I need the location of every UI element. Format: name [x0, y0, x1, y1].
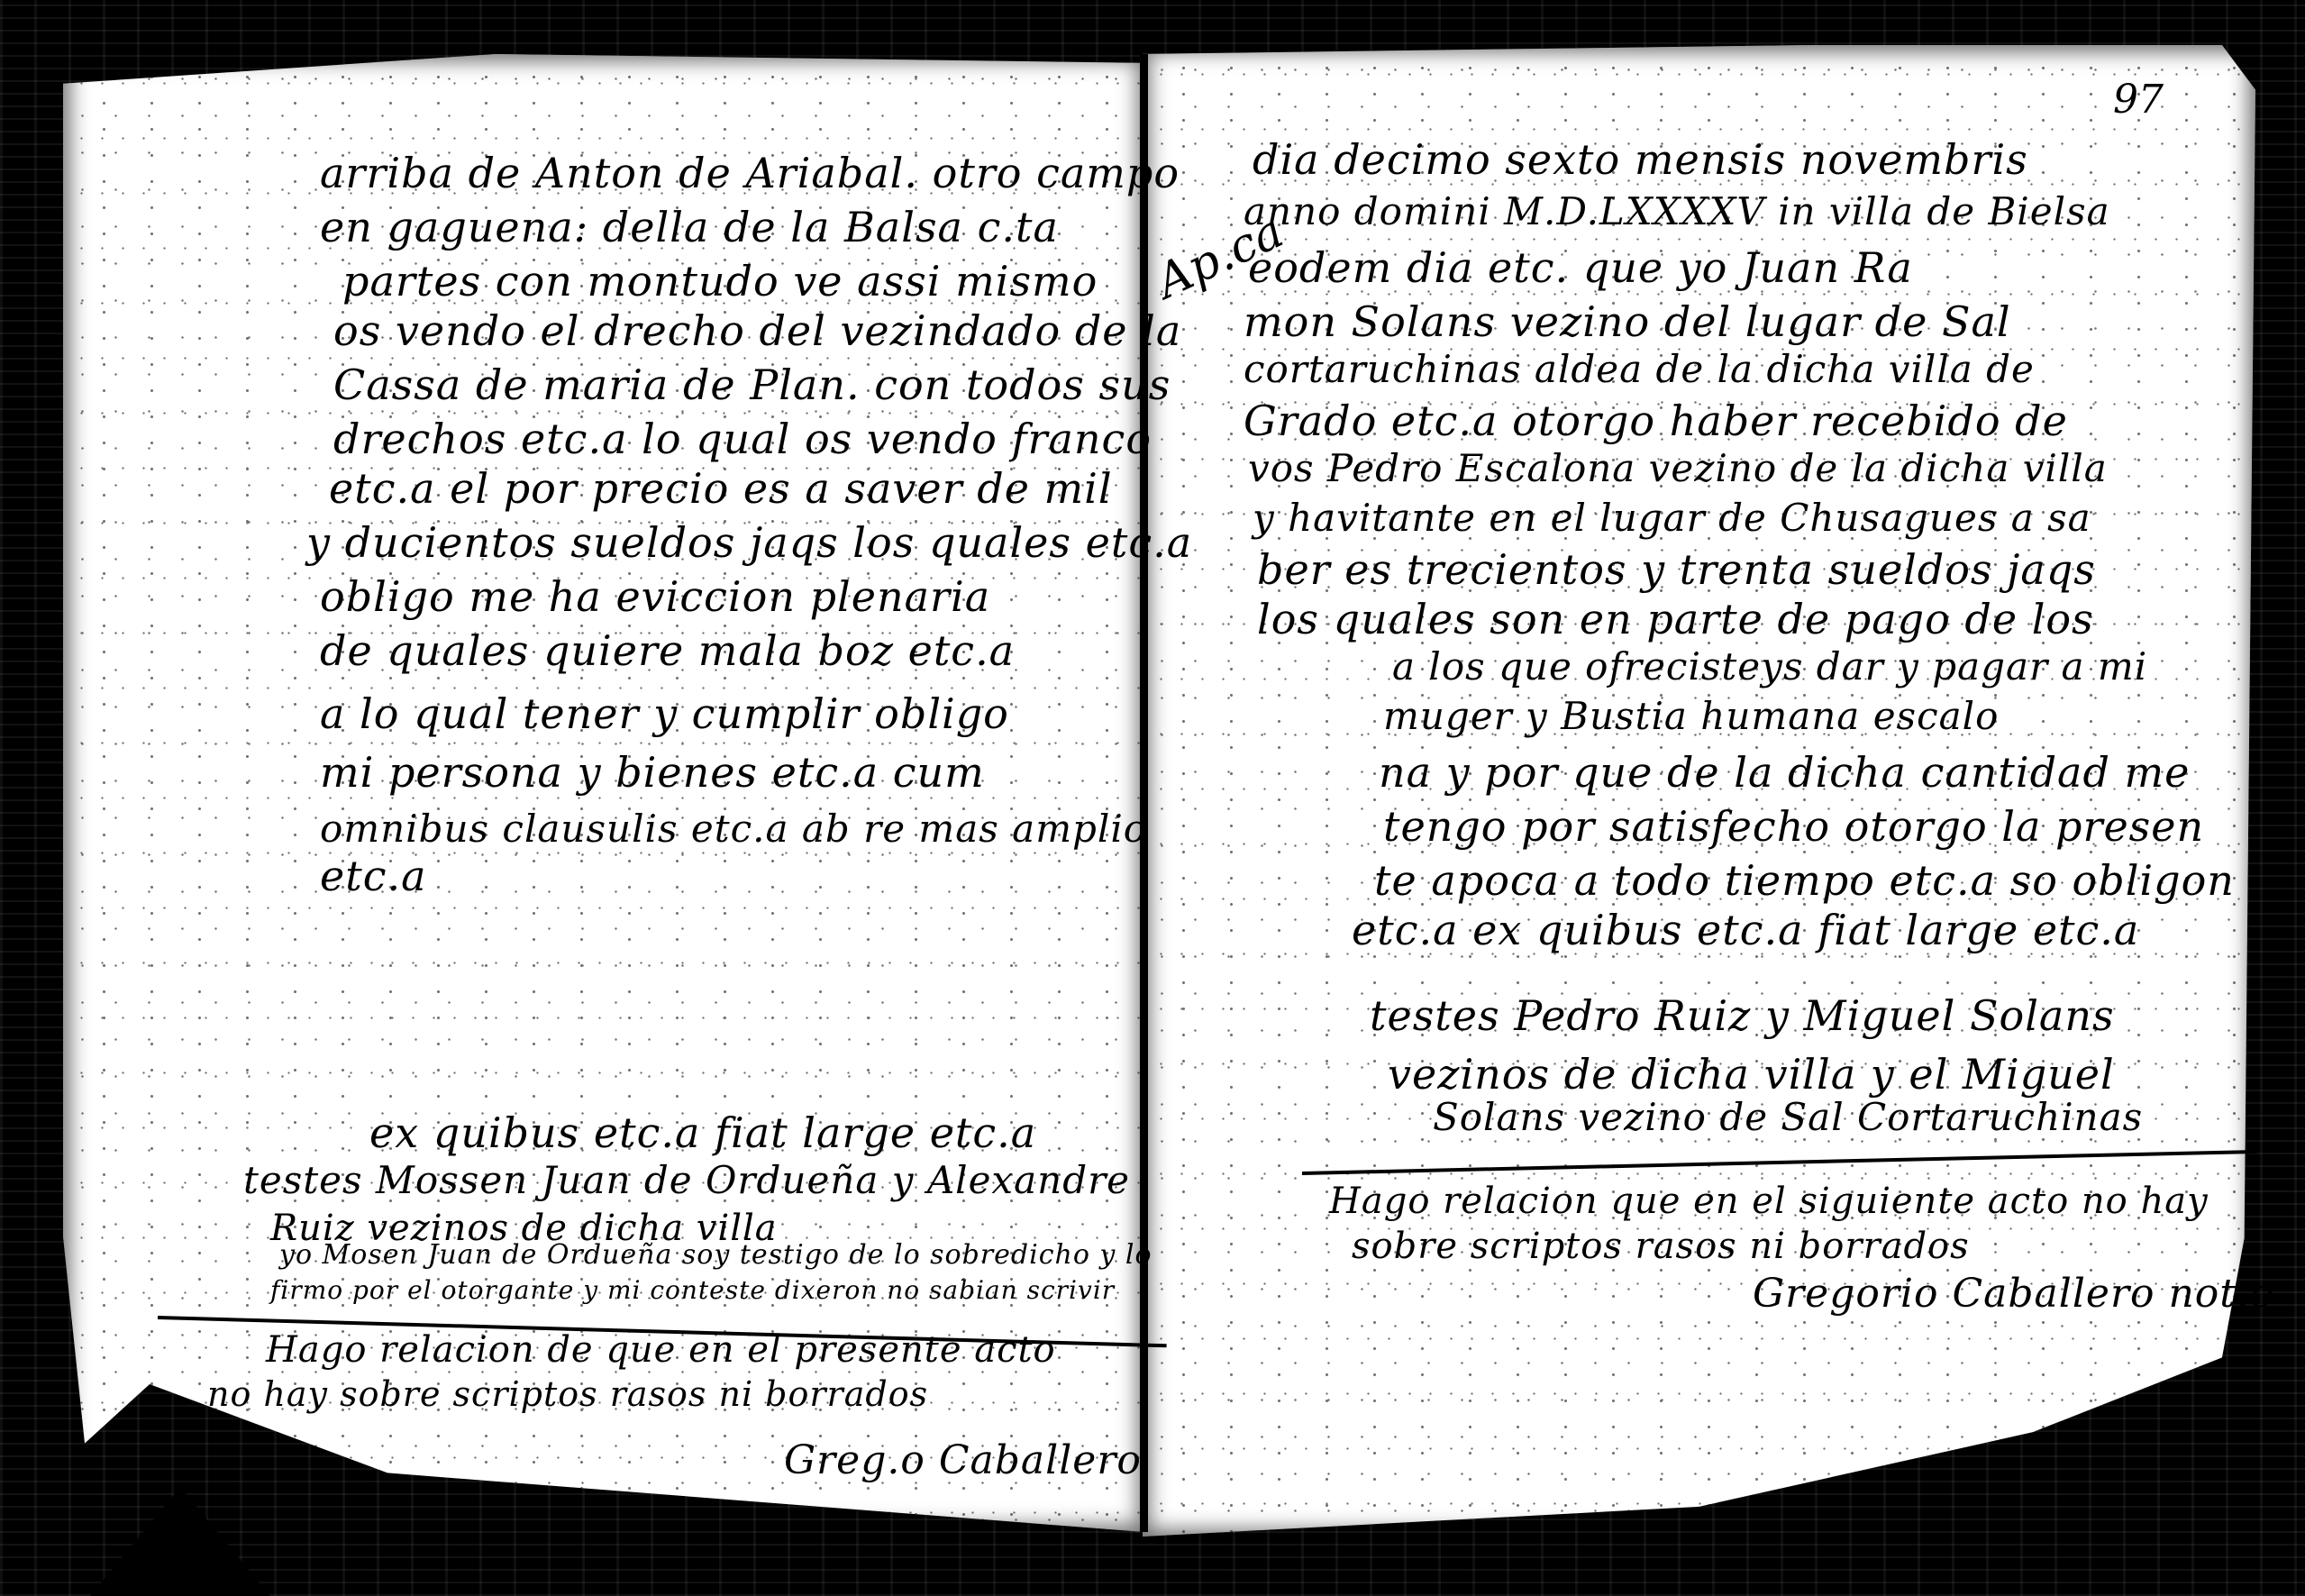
right-body-line: mon Solans vezino del lugar de Sal [1244, 297, 2011, 346]
left-notary-note-line: no hay sobre scriptos rasos ni borrados [207, 1374, 928, 1414]
left-notary-note-line: Hago relacion de que en el presente acto [266, 1329, 1056, 1371]
right-body-line: dia decimo sexto mensis novembris [1253, 135, 2028, 184]
left-body-line: arriba de Anton de Ariabal. otro campo [320, 149, 1180, 197]
right-notary-note-line: sobre scriptos rasos ni borrados [1352, 1226, 1970, 1267]
right-body-line: tengo por satisfecho otorgo la presen [1383, 802, 2204, 851]
right-body-line: eodem dia etc. que yo Juan Ra [1248, 243, 1913, 292]
left-body-line: Cassa de maria de Plan. con todos sus [333, 360, 1171, 409]
right-notary-note-line: Hago relacion que en el siguiente acto n… [1329, 1181, 2209, 1222]
right-body-line: te apoca a todo tiempo etc.a so obligon [1374, 856, 2235, 905]
right-body-line: anno domini M.D.LXXXXV in villa de Biels… [1244, 189, 2110, 233]
left-body-line: y ducientos sueldos jaqs los quales etc.… [306, 518, 1192, 567]
right-body-line: a los que ofrecisteys dar y pagar a mi [1392, 644, 2147, 689]
right-body-line: ber es trecientos y trenta sueldos jaqs [1257, 545, 2096, 594]
book-spine-gutter [1140, 54, 1148, 1532]
right-body-line: vos Pedro Escalona vezino de la dicha vi… [1248, 446, 2108, 490]
left-body-line: de quales quiere mala boz etc.a [320, 626, 1015, 675]
right-body-line: cortaruchinas aldea de la dicha villa de [1244, 347, 2035, 391]
left-body-line: etc.a el por precio es a saver de mil [329, 464, 1113, 513]
right-witness-line: vezinos de dicha villa y el Miguel [1388, 1050, 2115, 1099]
left-body-line: en gaguena: della de la Balsa c.ta [320, 203, 1059, 251]
left-body-line: os vendo el drecho del vezindado de la [333, 306, 1181, 355]
right-witness-line: testes Pedro Ruiz y Miguel Solans [1370, 991, 2115, 1040]
left-closing-line: ex quibus etc.a fiat large etc.a [369, 1108, 1036, 1157]
right-body-line: los quales son en parte de pago de los [1257, 595, 2094, 643]
notary-signature: Gregorio Caballero not.o [1753, 1271, 2274, 1317]
left-closing-line: testes Mossen Juan de Ordueña y Alexandr… [243, 1158, 1130, 1202]
left-body-line: omnibus clausulis etc.a ab re mas amplio [320, 807, 1147, 851]
left-body-line: partes con montudo ve assi mismo [342, 257, 1098, 306]
notary-signature: Greg.o Caballero [784, 1437, 1142, 1483]
left-body-line: a lo qual tener y cumplir obligo [320, 689, 1009, 738]
left-body-line: mi persona y bienes etc.a cum [320, 748, 985, 797]
left-body-line: obligo me ha eviccion plenaria [320, 572, 990, 621]
right-body-line: Grado etc.a otorgo haber recebido de [1244, 397, 2068, 445]
right-body-line: na y por que de la dicha cantidad me [1379, 748, 2190, 797]
left-closing-line: yo Mosen Juan de Ordueña soy testigo de … [279, 1239, 1152, 1271]
right-body-line: muger y Bustia humana escalo [1383, 694, 1999, 738]
right-body-line: y havitante en el lugar de Chusagues a s… [1253, 496, 2091, 540]
right-body-line: etc.a ex quibus etc.a fiat large etc.a [1352, 906, 2139, 954]
right-witness-line: Solans vezino de Sal Cortaruchinas [1433, 1095, 2143, 1139]
page-number: 97 [2113, 77, 2164, 123]
left-closing-line: firmo por el otorgante y mi conteste dix… [270, 1275, 1115, 1305]
left-body-line: drechos etc.a lo qual os vendo franco [333, 415, 1152, 463]
left-body-line: etc.a [320, 852, 427, 900]
